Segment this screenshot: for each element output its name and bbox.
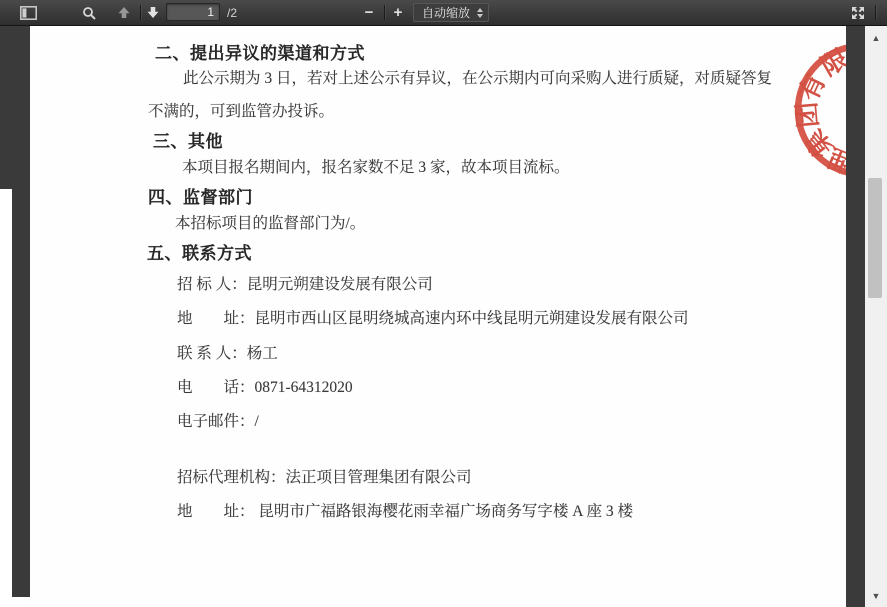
contact-line: 电子邮件：/ [177, 409, 259, 431]
sidebar-toggle-icon [20, 6, 37, 20]
search-icon [82, 6, 96, 20]
scroll-up-icon[interactable]: ▲ [865, 34, 887, 43]
fullscreen-icon [850, 5, 866, 21]
viewer-background-left [12, 189, 30, 597]
scrollbar-thumb[interactable] [868, 178, 882, 298]
seal-char: 限 [816, 43, 846, 82]
next-page-button[interactable] [138, 0, 168, 25]
section-heading: 四、监督部门 [148, 183, 253, 208]
pdf-viewer-window: /2 − + 自动缩放 [0, 0, 887, 607]
select-spinner-icon [477, 8, 483, 18]
company-seal-stamp: 限 有 团 集 理 [782, 30, 846, 190]
contact-line: 地 址： 昆明市广福路银海樱花雨幸福广场商务写字楼 A 座 3 楼 [177, 499, 633, 521]
body-line: 不满的，可到监管办投诉。 [148, 99, 334, 121]
page-number-input[interactable] [166, 3, 220, 21]
pdf-toolbar: /2 − + 自动缩放 [0, 0, 887, 26]
contact-line: 地 址：昆明市西山区昆明绕城高速内环中线昆明元朔建设发展有限公司 [177, 306, 689, 328]
arrow-down-icon [146, 6, 160, 19]
sidebar-toggle-button[interactable] [10, 0, 46, 25]
page-count-label: /2 [227, 6, 237, 20]
body-line: 本项目报名期间内，报名家数不足 3 家，故本项目流标。 [182, 155, 570, 177]
section-heading: 二、提出异议的渠道和方式 [155, 39, 365, 64]
zoom-out-button[interactable]: − [357, 0, 381, 25]
previous-page-button[interactable] [110, 0, 138, 25]
presentation-mode-button[interactable] [844, 0, 872, 25]
section-heading: 五、联系方式 [147, 239, 252, 264]
body-line: 本招标项目的监督部门为/。 [175, 211, 365, 233]
section-heading: 三、其他 [153, 127, 223, 152]
seal-char: 团 [791, 101, 823, 130]
arrow-up-icon [117, 6, 131, 19]
find-button[interactable] [75, 0, 103, 25]
plus-icon: + [394, 5, 403, 20]
viewer-background-left [0, 26, 30, 189]
pdf-page: 二、提出异议的渠道和方式 此公示期为 3 日，若对上述公示有异议，在公示期内可向… [30, 26, 846, 607]
toolbar-separator [384, 5, 385, 20]
zoom-scale-value: 自动缩放 [422, 4, 470, 21]
scroll-down-icon[interactable]: ▼ [865, 592, 887, 601]
contact-line: 联 系 人：杨工 [177, 341, 278, 363]
viewer-background-right [846, 26, 865, 607]
zoom-in-button[interactable]: + [386, 0, 410, 25]
body-line: 此公示期为 3 日，若对上述公示有异议，在公示期内可向采购人进行质疑，对质疑答复 [183, 66, 772, 88]
toolbar-separator [875, 5, 876, 20]
contact-line: 招标代理机构：法正项目管理集团有限公司 [177, 465, 472, 487]
contact-line: 电 话：0871-64312020 [177, 375, 353, 397]
zoom-scale-select[interactable]: 自动缩放 [413, 3, 489, 22]
contact-line: 招 标 人：昆明元朔建设发展有限公司 [177, 272, 433, 294]
minus-icon: − [365, 5, 374, 20]
vertical-scrollbar[interactable]: ▲ ▼ [865, 26, 887, 607]
